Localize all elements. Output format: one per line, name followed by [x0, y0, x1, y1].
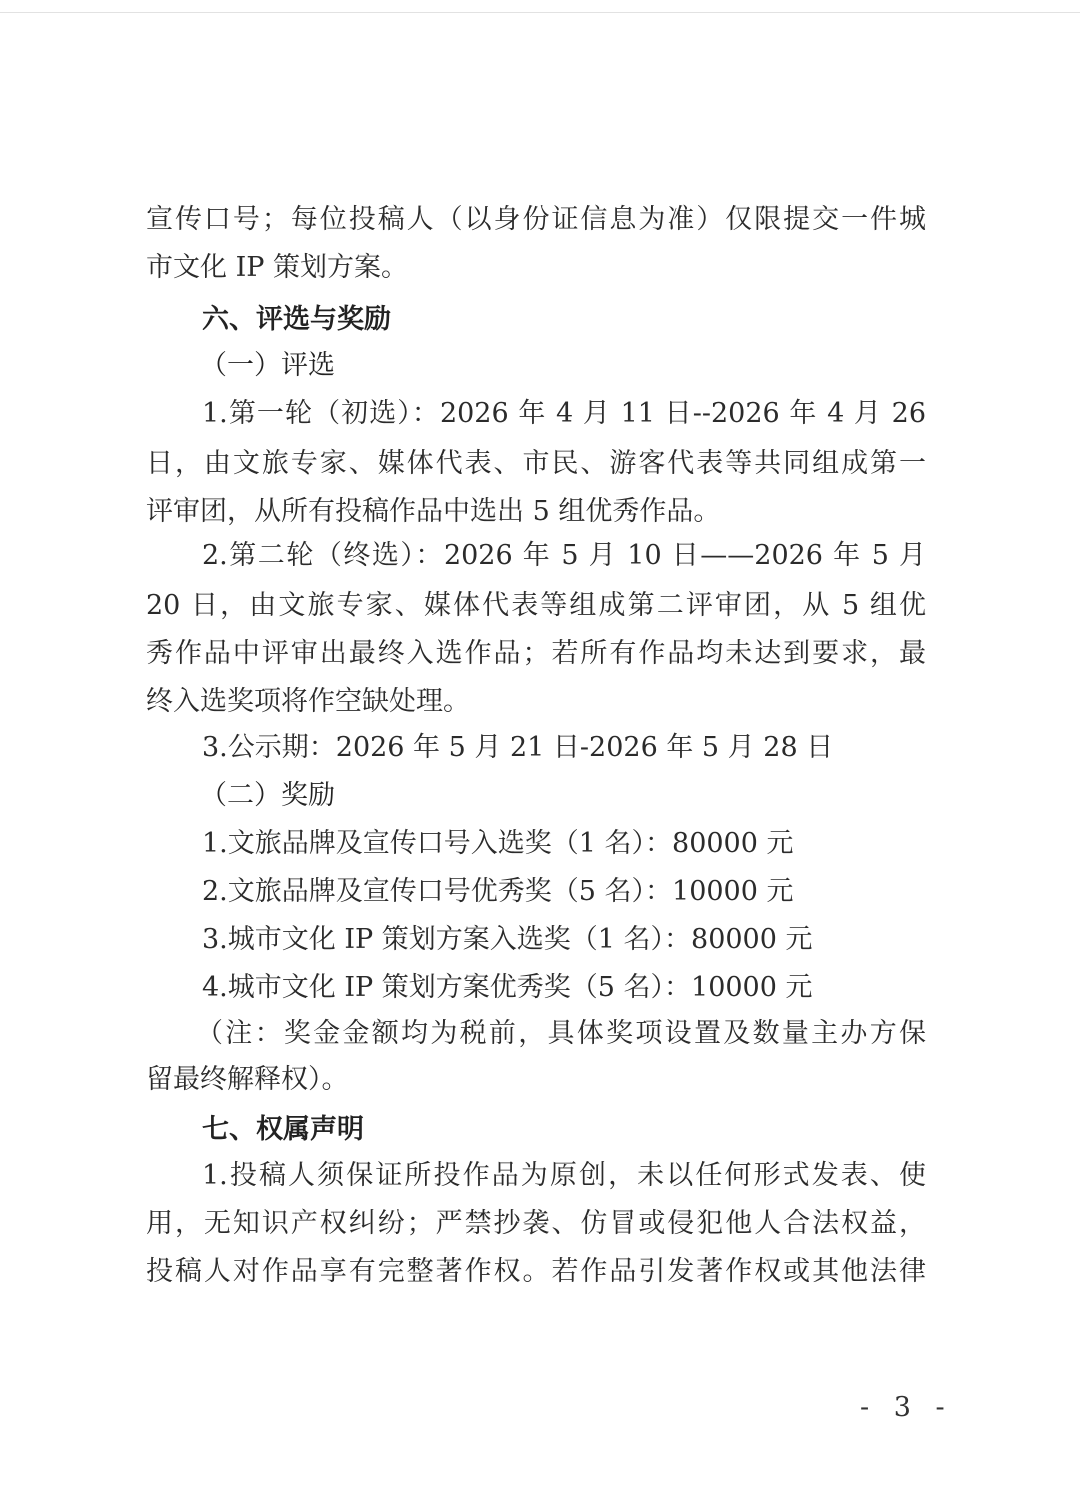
- paragraph-line: 市文化 IP 策划方案。: [146, 250, 408, 286]
- subsection-heading: （一）评选: [200, 348, 335, 384]
- paragraph-line: 秀作品中评审出最终入选作品；若所有作品均未达到要求，最: [146, 636, 926, 672]
- section-heading: 六、评选与奖励: [202, 302, 391, 338]
- paragraph-line: 2.第二轮（终选）：2026 年 5 月 10 日——2026 年 5 月: [202, 538, 926, 574]
- section-heading: 七、权属声明: [202, 1112, 364, 1148]
- paragraph-line: 用，无知识产权纠纷；严禁抄袭、仿冒或侵犯他人合法权益，: [146, 1206, 926, 1242]
- paragraph-line: 20 日，由文旅专家、媒体代表等组成第二评审团，从 5 组优: [146, 588, 926, 624]
- paragraph-line: 日，由文旅专家、媒体代表、市民、游客代表等共同组成第一: [146, 446, 926, 482]
- paragraph-line: 宣传口号；每位投稿人（以身份证信息为准）仅限提交一件城: [146, 202, 926, 238]
- award-item: 2.文旅品牌及宣传口号优秀奖（5 名）：10000 元: [202, 874, 794, 910]
- note-line: （注：奖金金额均为税前，具体奖项设置及数量主办方保: [196, 1016, 926, 1052]
- award-item: 4.城市文化 IP 策划方案优秀奖（5 名）：10000 元: [202, 970, 813, 1006]
- page-number: - 3 -: [860, 1392, 953, 1423]
- paragraph-line: 1.投稿人须保证所投作品为原创，未以任何形式发表、使: [202, 1158, 926, 1194]
- paragraph-line: 投稿人对作品享有完整著作权。若作品引发著作权或其他法律: [146, 1254, 926, 1290]
- paragraph-line: 终入选奖项将作空缺处理。: [146, 684, 470, 720]
- paragraph-line: 1.第一轮（初选）：2026 年 4 月 11 日--2026 年 4 月 26: [202, 396, 926, 432]
- subsection-heading: （二）奖励: [200, 778, 335, 814]
- paragraph-line: 评审团，从所有投稿作品中选出 5 组优秀作品。: [146, 494, 720, 530]
- note-line: 留最终解释权）。: [146, 1062, 349, 1098]
- paragraph-line: 3.公示期：2026 年 5 月 21 日-2026 年 5 月 28 日: [202, 730, 833, 766]
- page-top-edge: [0, 12, 1080, 13]
- award-item: 3.城市文化 IP 策划方案入选奖（1 名）：80000 元: [202, 922, 813, 958]
- award-item: 1.文旅品牌及宣传口号入选奖（1 名）：80000 元: [202, 826, 794, 862]
